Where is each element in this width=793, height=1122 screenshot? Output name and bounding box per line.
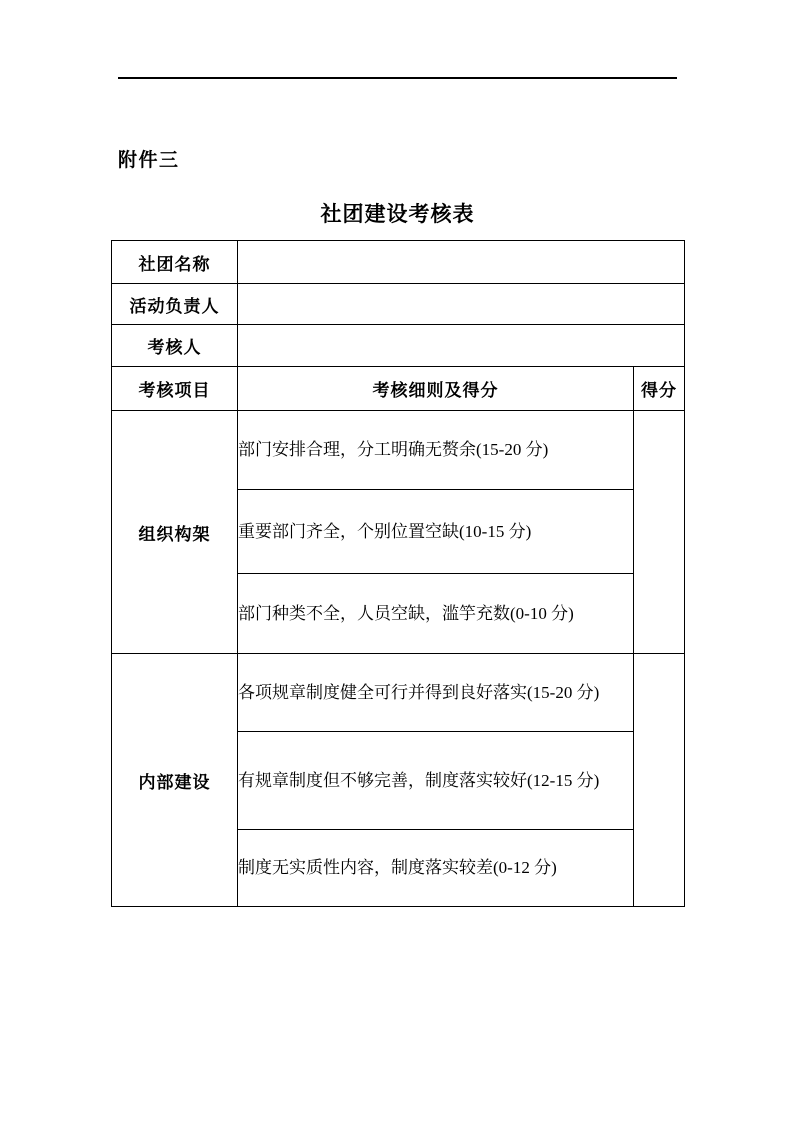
table-row: 社团名称 <box>112 241 685 284</box>
column-header-criteria: 考核细则及得分 <box>238 367 634 411</box>
activity-leader-input-cell[interactable] <box>238 284 685 325</box>
table-row: 活动负责人 <box>112 284 685 325</box>
document-page: 附件三 社团建设考核表 社团名称 活动负责人 考核人 考核项目 考核细则及得分 <box>0 0 793 1122</box>
column-header-item: 考核项目 <box>112 367 238 411</box>
criteria-cell-organization-3: 部门种类不全，人员空缺，滥竽充数(0-10 分) <box>238 574 634 654</box>
criteria-cell-internal-3: 制度无实质性内容，制度落实较差(0-12 分) <box>238 830 634 907</box>
criteria-cell-internal-1: 各项规章制度健全可行并得到良好落实(15-20 分) <box>238 654 634 732</box>
criteria-cell-organization-2: 重要部门齐全，个别位置空缺(10-15 分) <box>238 490 634 574</box>
label-assessor: 考核人 <box>112 325 238 367</box>
assessor-input-cell[interactable] <box>238 325 685 367</box>
table-row: 内部建设 各项规章制度健全可行并得到良好落实(15-20 分) <box>112 654 685 732</box>
table-row: 组织构架 部门安排合理，分工明确无赘余(15-20 分) <box>112 411 685 490</box>
score-input-cell-organization[interactable] <box>634 411 685 654</box>
page-title: 社团建设考核表 <box>111 198 684 228</box>
column-header-score: 得分 <box>634 367 685 411</box>
assessment-table: 社团名称 活动负责人 考核人 考核项目 考核细则及得分 得分 组织构架 部门安排… <box>111 240 685 907</box>
label-club-name: 社团名称 <box>112 241 238 284</box>
criteria-cell-internal-2: 有规章制度但不够完善，制度落实较好(12-15 分) <box>238 732 634 830</box>
header-rule <box>118 77 677 79</box>
score-input-cell-internal[interactable] <box>634 654 685 907</box>
table-row: 考核人 <box>112 325 685 367</box>
section-label-internal: 内部建设 <box>112 654 238 907</box>
club-name-input-cell[interactable] <box>238 241 685 284</box>
attachment-label: 附件三 <box>118 145 180 172</box>
criteria-cell-organization-1: 部门安排合理，分工明确无赘余(15-20 分) <box>238 411 634 490</box>
label-activity-leader: 活动负责人 <box>112 284 238 325</box>
table-header-row: 考核项目 考核细则及得分 得分 <box>112 367 685 411</box>
section-label-organization: 组织构架 <box>112 411 238 654</box>
